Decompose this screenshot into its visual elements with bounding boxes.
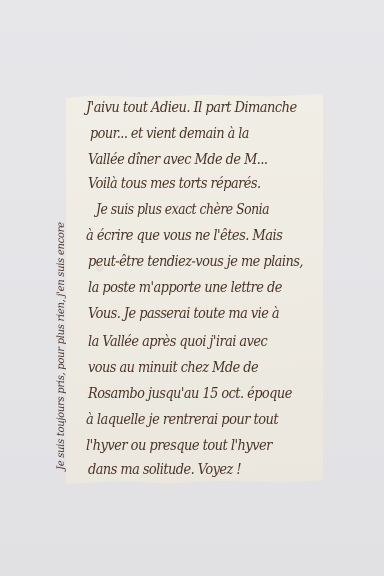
letter-line-4: Voilà tous mes torts réparés. — [88, 176, 317, 192]
letter-line-14: l'hyver ou presque tout l'hyver — [86, 438, 317, 454]
letter-line-3: Vallée dîner avec Mde de M... — [88, 152, 317, 168]
margin-note: Je suis toujours pris, pour plus rien, j… — [56, 222, 67, 470]
letter-line-15: dans ma solitude. Voyez ! — [88, 462, 317, 478]
letter-line-1: J'aivu tout Adieu. Il part Dimanche — [86, 100, 317, 116]
letter-line-11: vous au minuit chez Mde de — [88, 360, 317, 376]
letter-line-6: à écrire que vous ne l'êtes. Mais — [86, 228, 317, 244]
letter-line-13: à laquelle je rentrerai pour tout — [86, 412, 317, 428]
letter-line-10: la Vallée après quoi j'irai avec — [88, 334, 317, 350]
letter-line-7: peut-être tendiez-vous je me plains, — [88, 254, 317, 270]
letter-line-9: Vous. Je passerai toute ma vie à — [88, 306, 317, 322]
letter-line-8: la poste m'apporte une lettre de — [88, 280, 317, 296]
letter-line-5: Je suis plus exact chère Sonia — [96, 202, 317, 218]
letter-line-12: Rosambo jusqu'au 15 oct. époque — [88, 386, 317, 402]
letter-line-2: pour... et vient demain à la — [90, 126, 317, 142]
handwritten-letter-page: J'aivu tout Adieu. Il part Dimanche pour… — [66, 94, 323, 484]
